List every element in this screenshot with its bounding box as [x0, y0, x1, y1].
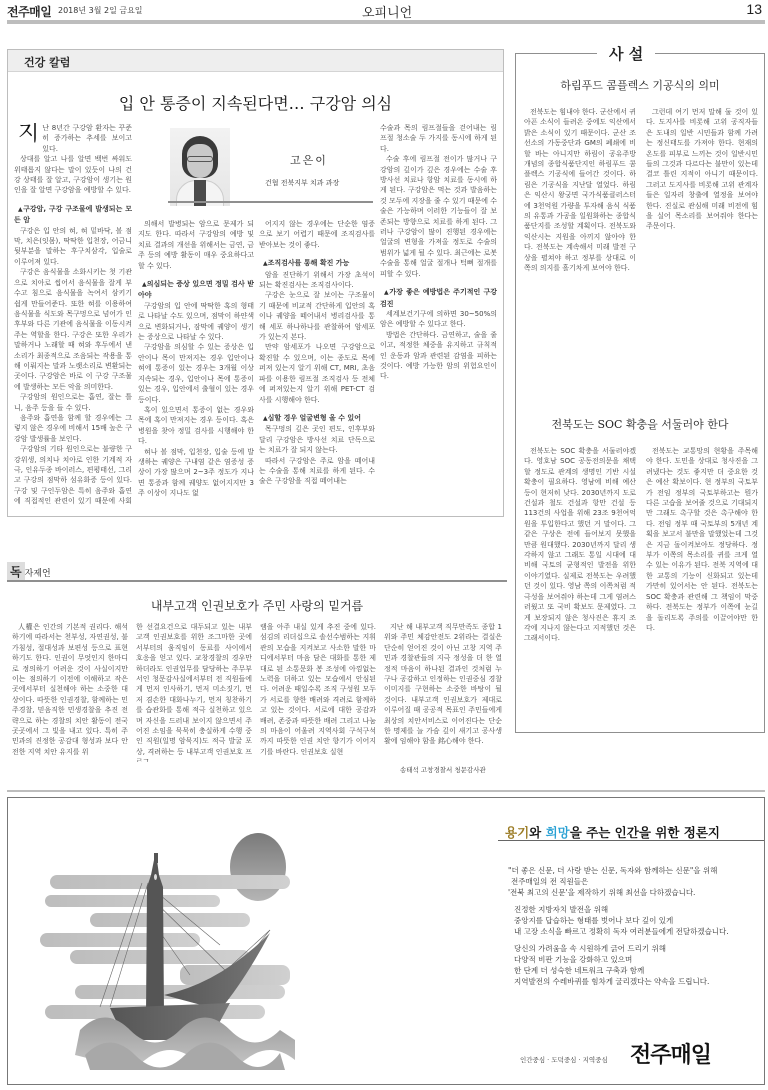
- paragraph: 혀나 볼 점막, 입천장, 입술 등에 발생하는 궤양은 구내염 같은 염증성 …: [138, 447, 254, 499]
- paragraph: 구강은 입 안의 혀, 혀 밑바닥, 볼 점막, 치은(잇몸), 딱딱한 입천장…: [14, 226, 132, 268]
- ad-headline-hope: 희망: [546, 825, 570, 840]
- health-column-text-1: 지 난 8년간 구강암 환자는 꾸준히 증가하는 추세를 보이고 있다. 상대를…: [14, 123, 132, 508]
- paragraph: 구강암을 의심할 수 있는 증상은 입안이나 목이 만져지는 경우 입안이나 혀…: [138, 342, 254, 404]
- paragraph: 구강암의 기타 원인으로는 불량한 구강위생, 의치나 치아로 인한 기계적 자…: [14, 444, 132, 508]
- ad-headline-part: 을 주는 인간을 위한 정론지: [570, 825, 720, 840]
- ad-line: 당신의 가려움을 속 시원하게 긁어 드리기 위해: [514, 943, 729, 954]
- editorial-2-text-col-2: 전북도는 교통망의 현황을 주목해야 한다. 도민을 상대로 청사진을 그려냈다…: [646, 446, 758, 726]
- paragraph: 수술 후에 림프절 전이가 많거나 구강암의 깊이가 깊은 경우에는 수술 후 …: [380, 154, 497, 279]
- author-portrait-icon: [170, 128, 230, 206]
- paragraph: 人權은 인간의 기본적 권리다. 해석하기에 따라서는 천부성, 자연권성, 불…: [12, 622, 128, 757]
- editorial-2-text-col-1: 전북도는 SOC 확충을 서둘러야겠다. 영호남 SOC 공동전의문을 채택할 …: [524, 446, 636, 726]
- editorial-1-text-col-2: 그런데 여기 먼저 말해 둘 것이 있다. 도지사를 비롯해 고위 공직자들은 …: [646, 107, 758, 402]
- health-column-label: 건강 칼럼: [24, 54, 70, 70]
- paragraph: 의해서 발병되는 암으로 문제가 되지도 한다. 따라서 구강암의 예방 및 치…: [138, 219, 254, 271]
- editorial-label: 사 설: [597, 43, 655, 64]
- ad-headline-part: 와: [529, 825, 545, 840]
- health-column-header: 건강 칼럼: [8, 50, 503, 72]
- page-number: 13: [746, 1, 762, 17]
- ad-line: 전주매일의 전 직원들은: [508, 876, 729, 887]
- ad-line: 진정한 지방자치 발전을 위해: [514, 904, 729, 915]
- ad-paragraph: 당신의 가려움을 속 시원하게 긁어 드리기 위해 다양적 비판 기능을 강화하…: [508, 943, 729, 987]
- subheading: 의심되는 증상 있으면 정밀 검사 받아야: [138, 279, 254, 301]
- ad-headline: 용기와 희망을 주는 인간을 위한 정론지: [505, 823, 720, 841]
- paragraph: 세계보건기구에 의하면 30~50%의 암은 예방할 수 있다고 한다.: [380, 309, 497, 330]
- paragraph: 지난 해 내부고객 직무만족도 종합 1위와 주민 체감안전도 2위라는 결실은…: [384, 622, 502, 747]
- editorial-title-1: 하림푸드 콤플렉스 기공식의 의미: [515, 77, 765, 93]
- section-title: 오피니언: [362, 2, 412, 21]
- health-column-text-2: 의해서 발병되는 암으로 문제가 되지도 한다. 따라서 구강암의 예방 및 치…: [138, 219, 254, 509]
- paragraph: 암을 진단하기 위해서 가장 초석이 되는 확진검사는 조직검사이다.: [259, 270, 375, 291]
- reader-column-text-3: 램을 아주 내실 있게 추진 중에 있다. 섬김의 리더십으로 솔선수범하는 지…: [260, 622, 376, 762]
- ad-paragraph: "더 좋은 신문, 더 사랑 받는 신문, 독자와 함께하는 신문"을 위해 전…: [508, 865, 729, 898]
- paragraph: 그런데 여기 먼저 말해 둘 것이 있다. 도지사를 비롯해 고위 공직자들은 …: [646, 107, 758, 232]
- reader-column-label-big: 독: [7, 562, 25, 581]
- ad-line: '전북 최고의 신문'을 제작하기 위해 최선을 다하겠습니다.: [508, 887, 729, 898]
- reader-column-rule: [7, 580, 507, 582]
- author-role: 건협 전북지부 치과 과장: [265, 178, 339, 188]
- reader-column-text-1: 人權은 인간의 기본적 권리다. 해석하기에 따라서는 천부성, 자연권성, 불…: [12, 622, 128, 762]
- paragraph: 따라서 구강암은 주로 암을 떼어내는 수술을 통해 치료를 하게 된다. 수술…: [259, 456, 375, 487]
- ad-logo: 전주매일: [630, 1038, 711, 1069]
- paragraph: 목구멍의 깊은 곳인 편도, 인후부와 달리 구강암은 방사선 치료 단독으로는…: [259, 424, 375, 455]
- subheading: 조직검사를 통해 확진 가능: [259, 258, 375, 269]
- ad-line: "더 좋은 신문, 더 사랑 받는 신문, 독자와 함께하는 신문"을 위해: [508, 865, 729, 876]
- ad-line: 중앙지를 답습하는 형태를 벗어나 보다 깊이 있게: [514, 915, 729, 926]
- ad-divider: [498, 840, 764, 841]
- dropcap: 지: [18, 123, 39, 145]
- ad-body: "더 좋은 신문, 더 사랑 받는 신문, 독자와 함께하는 신문"을 위해 전…: [508, 865, 729, 993]
- editorial-title-2: 전북도는 SOC 확충을 서둘러야 한다: [515, 416, 765, 432]
- paragraph: 만약 암세포가 나오면 구강암으로 확진할 수 있으며, 이는 종도로 목에 퍼…: [259, 342, 375, 404]
- masthead-rule: [7, 20, 765, 24]
- subheading: 심할 경우 얼굴변형 올 수 있어: [259, 413, 375, 424]
- ad-headline-courage: 용기: [505, 825, 529, 840]
- paragraph: 혹이 있으면서 통증이 없는 경우와 목에 혹이 만져지는 경우 등이다. 혹은…: [138, 405, 254, 447]
- reader-column-header: 독자제언: [7, 562, 51, 581]
- paragraph: 전북도는 교통망의 현황을 주목해야 한다. 도민을 상대로 청사진을 그려냈다…: [646, 446, 758, 633]
- sailboat-moon-waves-icon: [30, 815, 320, 1070]
- ad-paragraph: 진정한 지방자치 발전을 위해 중앙지를 답습하는 형태를 벗어나 보다 깊이 …: [508, 904, 729, 937]
- paragraph: 램을 아주 내실 있게 추진 중에 있다. 섬김의 리더십으로 솔선수범하는 지…: [260, 622, 376, 757]
- paragraph: 구강은 눈으로 잘 보이는 구조물이기 때문에 비교적 간단하게 입안의 혹이나…: [259, 290, 375, 342]
- paragraph: 상대를 알고 나를 알면 백번 싸워도 위태롭지 않다는 말이 있듯이 나의 건…: [14, 154, 132, 196]
- reader-column-signature: 송태석 고창경찰서 청문감사관: [400, 765, 486, 774]
- paragraph: 전북도는 SOC 확충을 서둘러야겠다. 영호남 SOC 공동전의문을 채택할 …: [524, 446, 636, 644]
- ad-line: 내 고장 소식을 빠르고 정확히 독자 여러분들에게 전달하겠습니다.: [514, 926, 729, 937]
- health-column-text-3: 어지지 않는 경우에는 단순한 염증으로 보기 어렵기 때문에 조직검사를 받아…: [259, 219, 375, 509]
- reader-column-title: 내부고객 인권보호가 주민 사랑의 밑거름: [7, 597, 507, 614]
- reader-column-text-2: 한 선결요건으로 대두되고 있는 내부고객 인권보호를 위한 조그마한 곳에서부…: [136, 622, 252, 762]
- reader-column-label: 자제언: [25, 569, 51, 579]
- paragraph: 음주와 흡연을 함께 할 경우에는 그렇지 않은 경우에 비해서 15배 높은 …: [14, 413, 132, 444]
- paragraph: 전북도는 힘내야 한다. 군산에서 귀 아픈 소식이 들려온 중에도 익산에서 …: [524, 107, 636, 274]
- paragraph: 구강은 음식물을 소화시키는 첫 기관으로 치아로 씹어서 음식물을 잘게 부수…: [14, 267, 132, 392]
- subheading: 가장 좋은 예방법은 주기적인 구강검진: [380, 287, 497, 309]
- ad-line: 지역발전의 수레바퀴를 힘차게 굴리겠다는 약속을 드립니다.: [514, 976, 729, 987]
- author-name: 고은이: [290, 152, 328, 168]
- health-column-title: 입 안 통증이 지속된다면… 구강암 의심: [7, 91, 504, 114]
- ad-slogan: 인간중심 · 도덕중심 · 지역중심: [520, 1055, 608, 1064]
- paragraph: 한 선결요건으로 대두되고 있는 내부고객 인권보호를 위한 조그마한 곳에서부…: [136, 622, 252, 762]
- paragraph: 어지지 않는 경우에는 단순한 염증으로 보기 어렵기 때문에 조직검사를 받아…: [259, 219, 375, 250]
- paragraph: 방법은 간단하다. 금연하고, 술을 줄이고, 적정한 체중을 유지하고 규칙적…: [380, 330, 497, 382]
- reader-column-text-4: 지난 해 내부고객 직무만족도 종합 1위와 주민 체감안전도 2위라는 결실은…: [384, 622, 502, 762]
- ad-line: 다양적 비판 기능을 강화하고 있으며: [514, 954, 729, 965]
- ad-line: 한 단계 더 성숙한 네트워크 구축과 함께: [514, 965, 729, 976]
- author-divider: [168, 201, 373, 203]
- section-divider: [7, 790, 765, 792]
- masthead-logo: 전주매일: [7, 3, 51, 20]
- subheading: 구강암, 구강 구조물에 발생되는 모든 암: [14, 204, 132, 226]
- masthead-date: 2018년 3월 2일 금요일: [58, 5, 143, 16]
- health-column-text-4: 수술과 목의 림프절들을 걷어내는 림프절 청소술 두 가지를 동시에 하게 된…: [380, 123, 497, 508]
- paragraph: 수술과 목의 림프절들을 걷어내는 림프절 청소술 두 가지를 동시에 하게 된…: [380, 123, 497, 154]
- paragraph: 구강암의 원인으로는 흡연, 잘는 틀니, 음주 등을 들 수 있다.: [14, 392, 132, 413]
- editorial-1-text-col-1: 전북도는 힘내야 한다. 군산에서 귀 아픈 소식이 들려온 중에도 익산에서 …: [524, 107, 636, 402]
- paragraph: 구강암의 입 안에 딱딱한 혹의 형태로 나타날 수도 있으며, 점막이 하얀색…: [138, 301, 254, 343]
